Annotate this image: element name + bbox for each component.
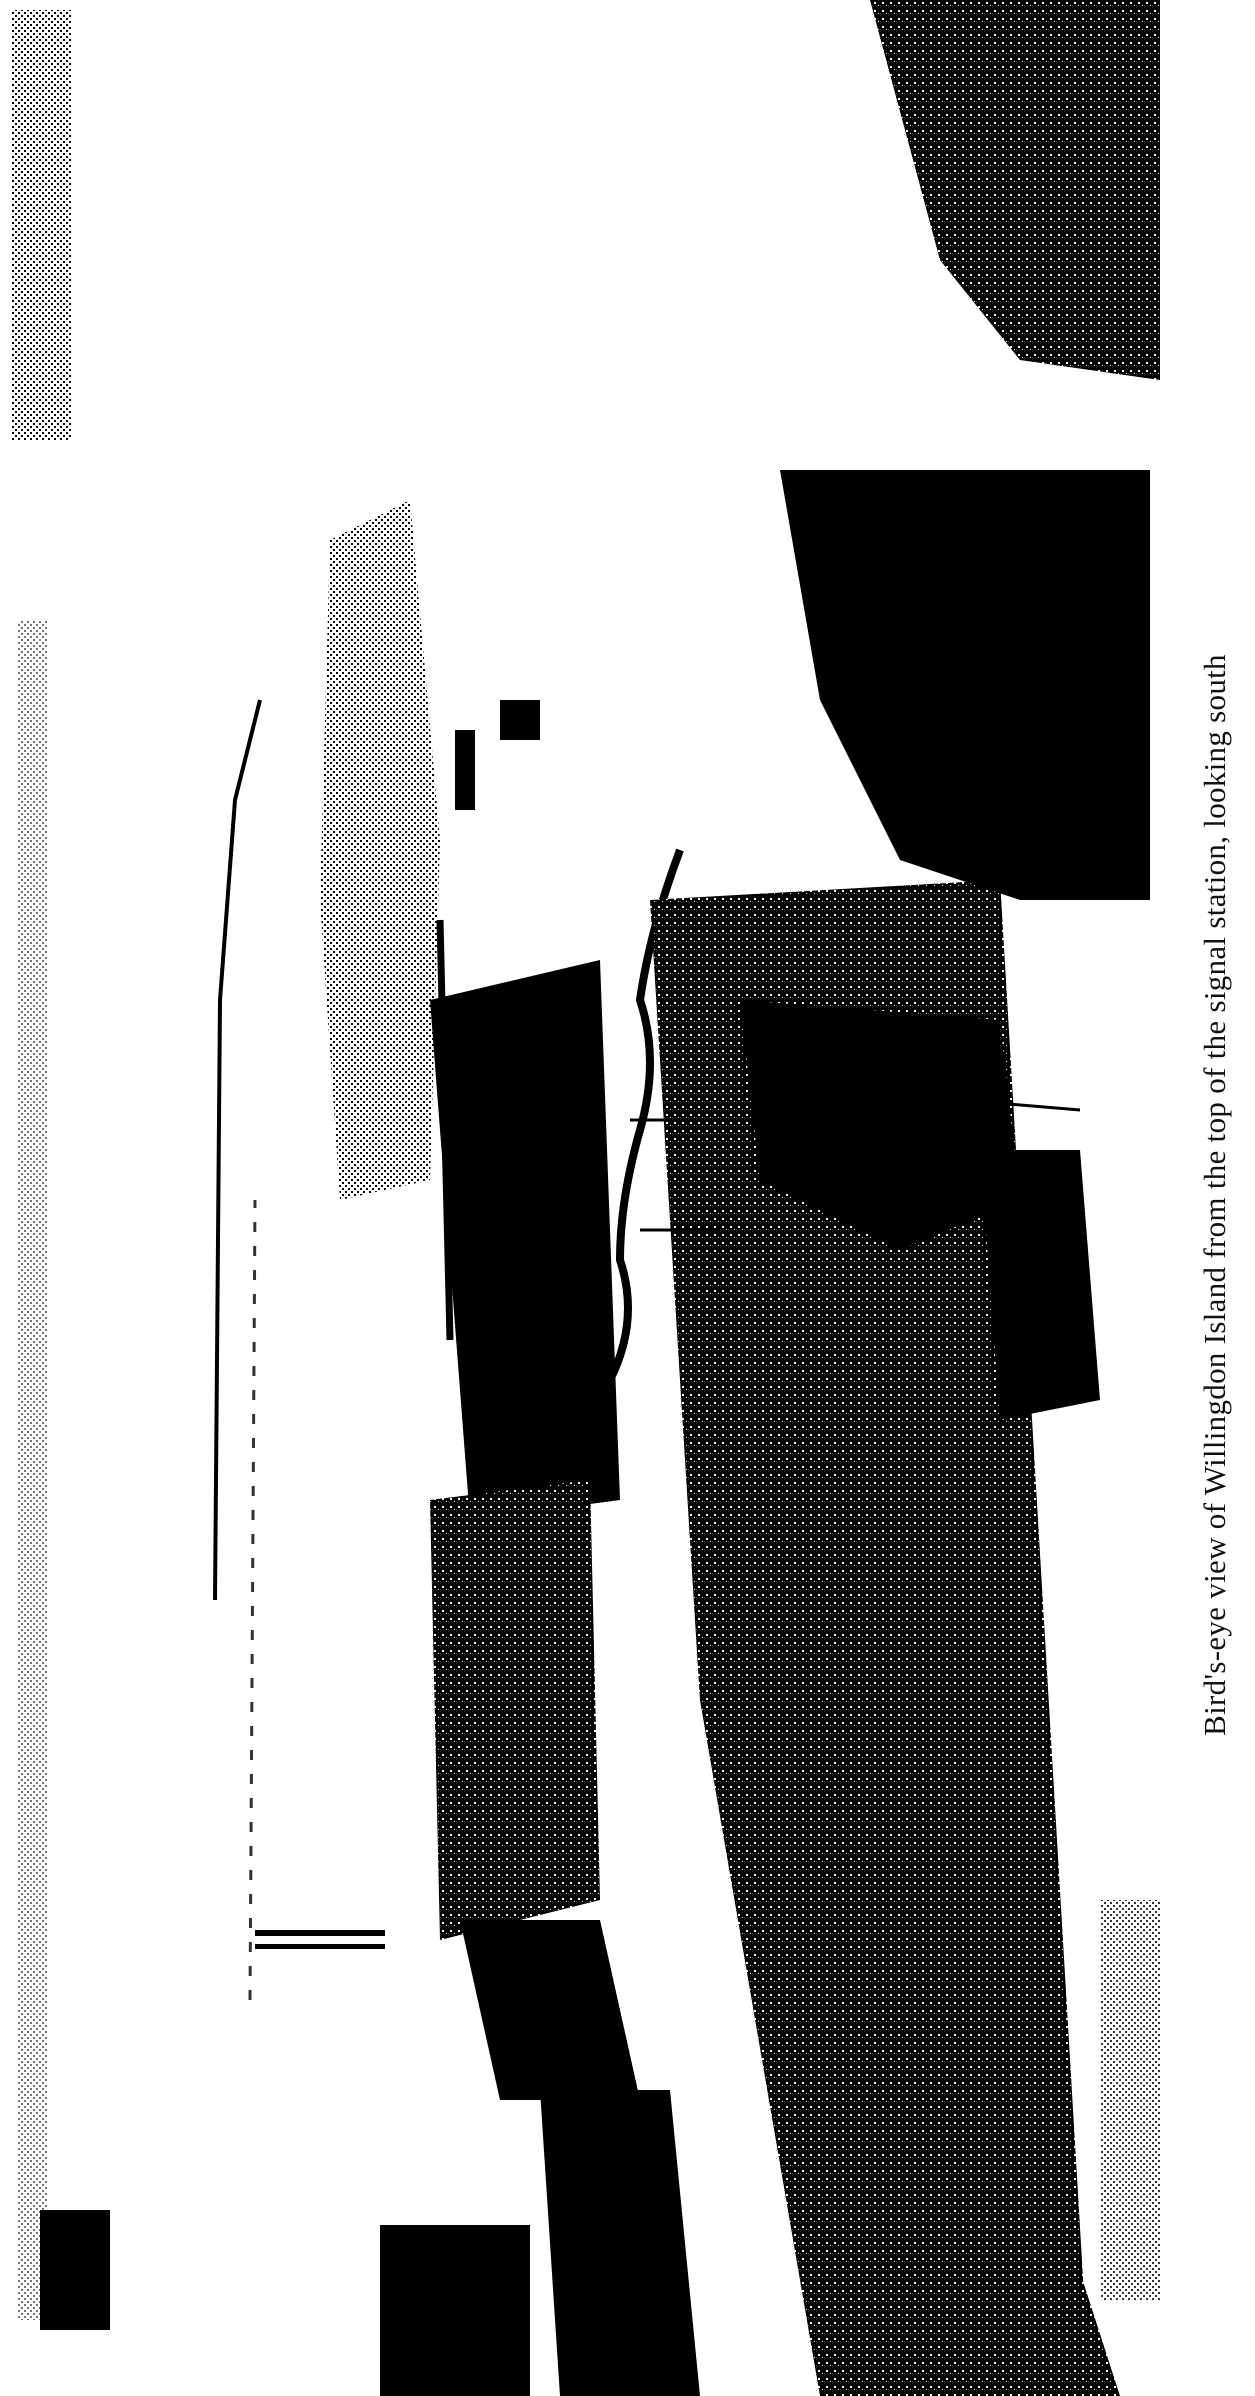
aerial-photo-rendering <box>0 0 1160 2396</box>
photo-caption: Bird's-eye view of Willingdon Island fro… <box>1197 654 1233 1736</box>
caption-area: Bird's-eye view of Willingdon Island fro… <box>1175 0 1255 2396</box>
photograph <box>0 0 1160 2396</box>
